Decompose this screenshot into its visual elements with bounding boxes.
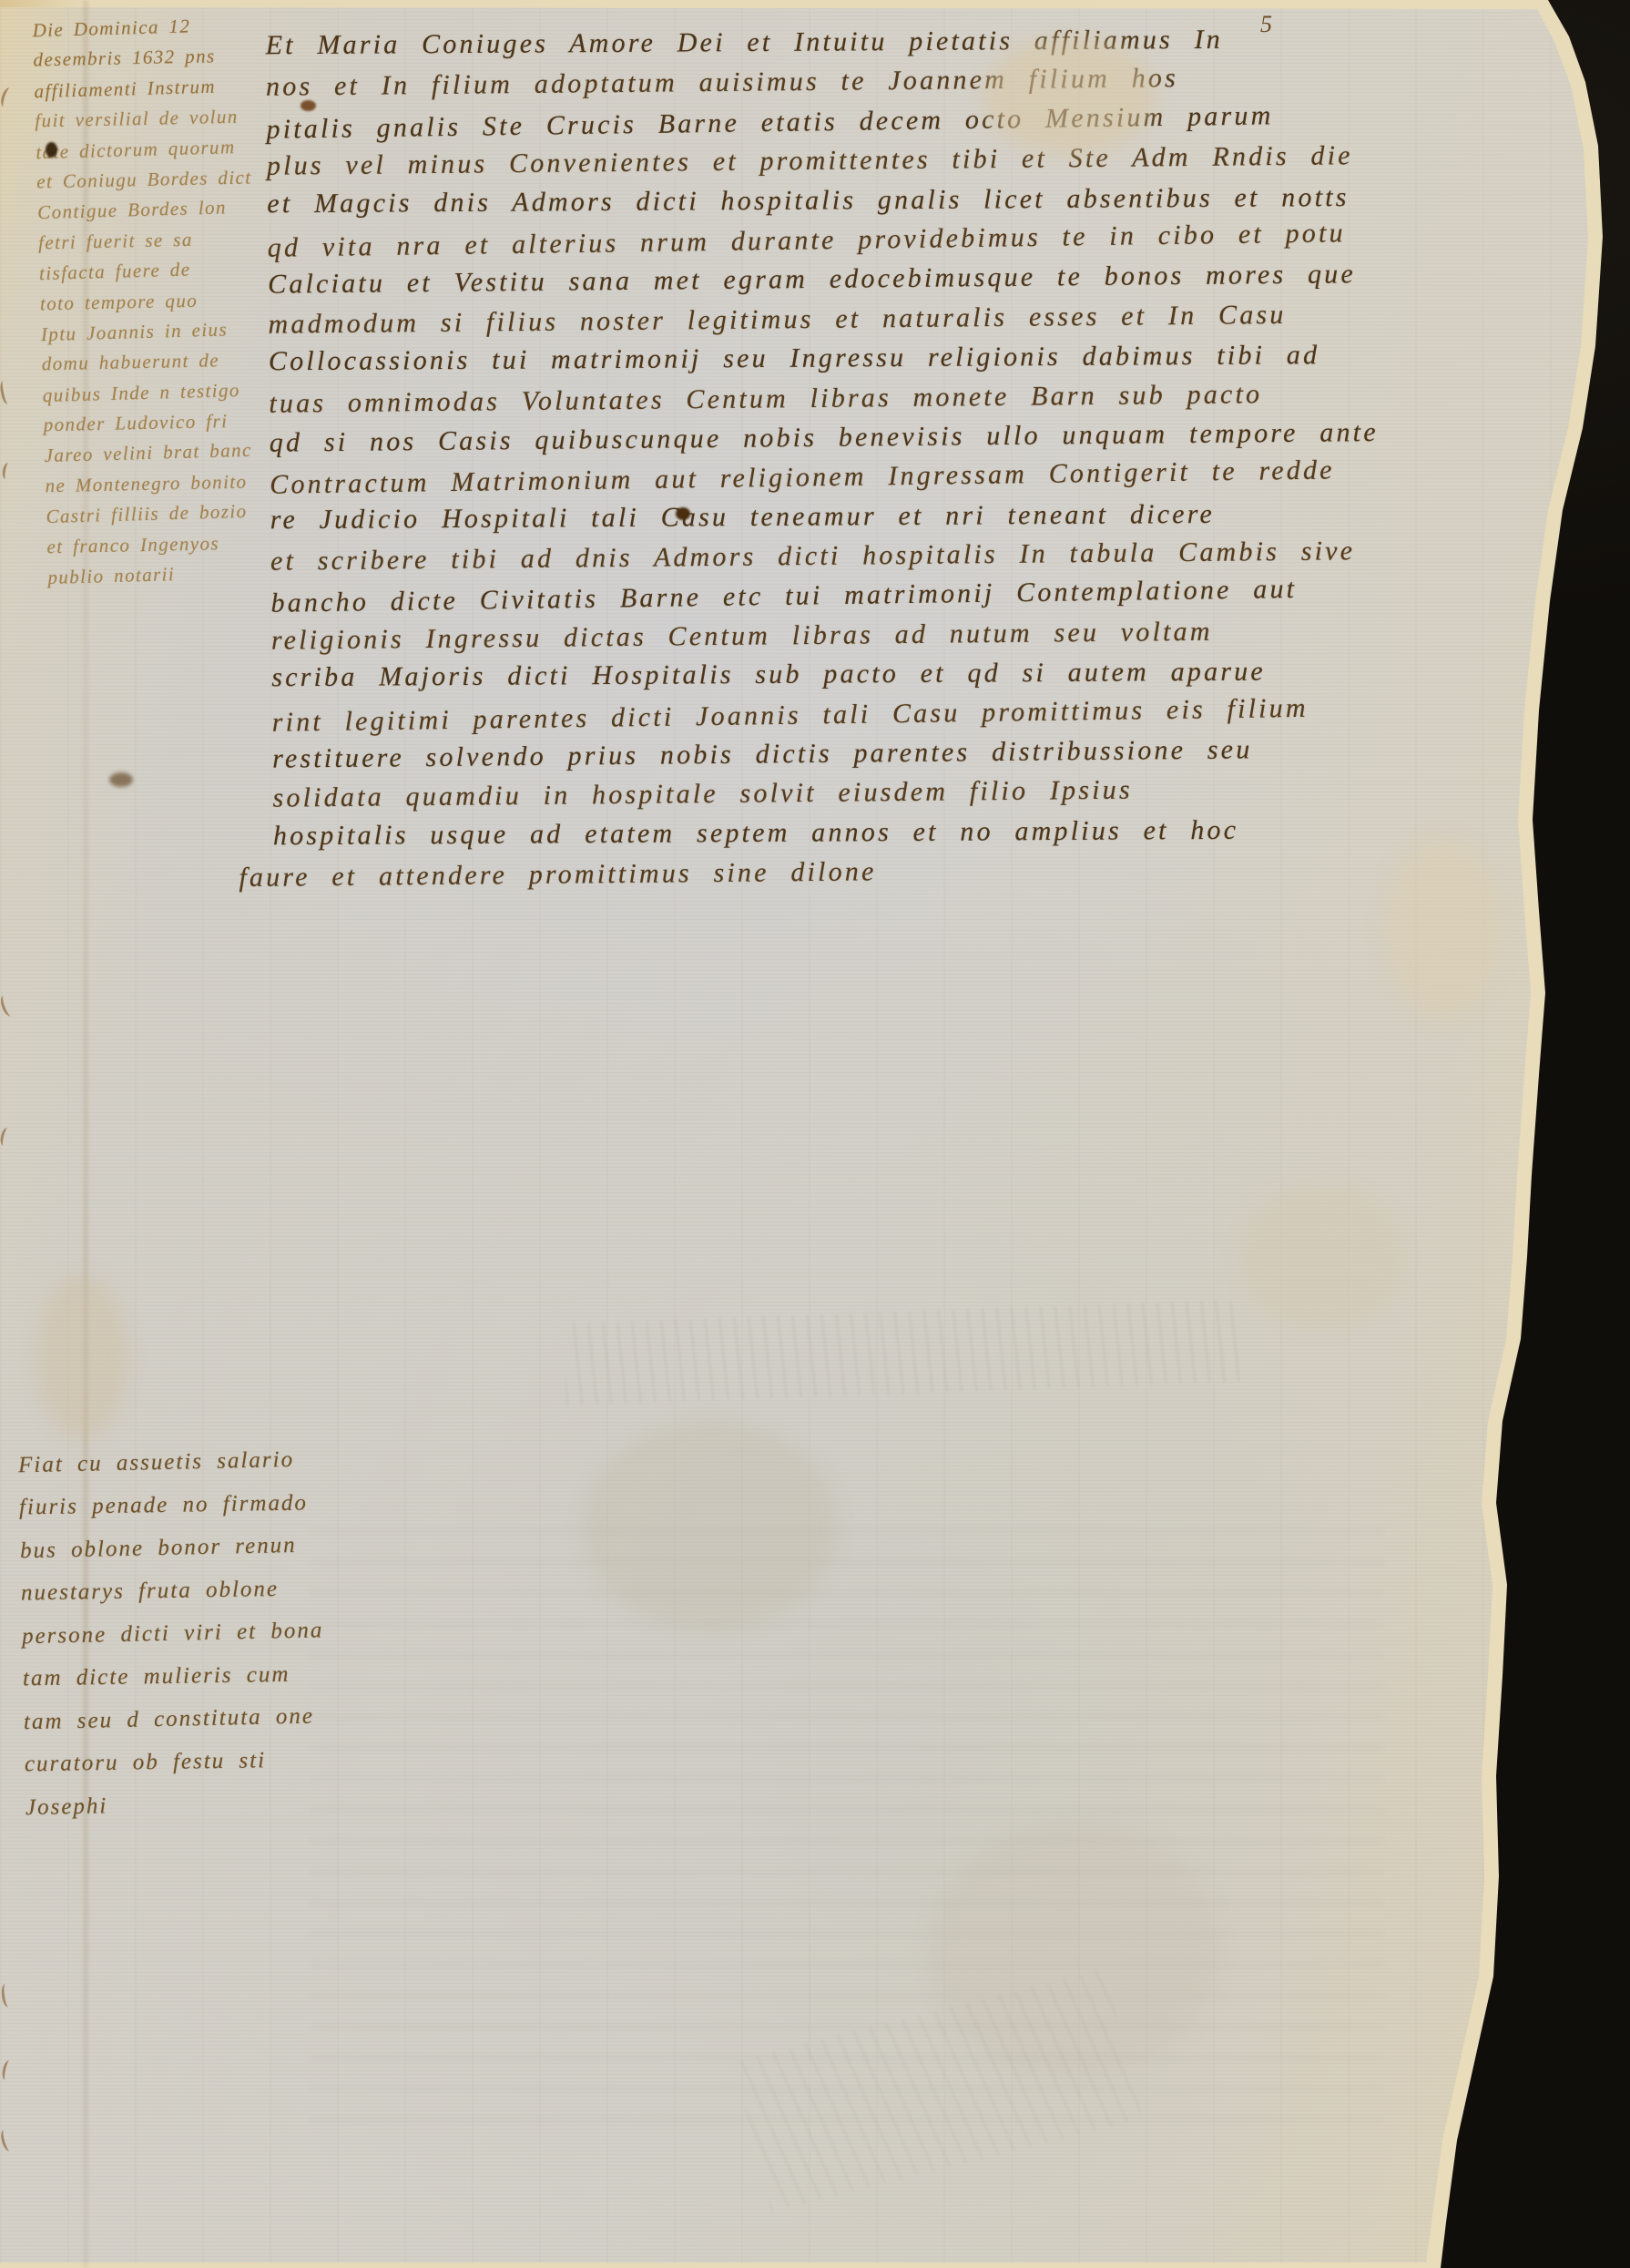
margin-note-line: ponder Ludovico fri [43,406,248,441]
margin-note-line: Fiat cu assuetis salario [18,1438,301,1486]
manuscript-page: 5 Die Dominica 12 desembris 1632 pns aff… [0,0,1630,2268]
margin-note-line: et Coniugu Bordes dict [36,163,241,198]
margin-note-line: curatoru ob festu sti [25,1739,308,1786]
main-text-line: re Judicio Hospitali tali Casu teneamur … [270,492,1541,539]
margin-note-line: toto tempore quo [40,284,245,319]
margin-note-line: quibus Inde n testigo [42,375,247,412]
margin-note-line: fetri fuerit se sa [38,223,243,258]
margin-note-line: ne Montenegro bonito [45,466,250,501]
margin-note-line: tam dicte mulieris cum [23,1653,306,1701]
margin-note-line: domu habuerunt de [42,345,247,380]
main-text-block: Et Maria Coniuges Amore Dei et Intuitu p… [265,15,1543,897]
ink-blot [109,772,133,787]
margin-note-line: fuit versilial de volun [35,102,239,137]
margin-note-line: bus oblone bonor renun [20,1524,303,1572]
margin-note-line: nuestarys fruta oblone [21,1568,304,1615]
margin-note-line: Jareo velini brat banc [44,435,249,472]
ink-blot [46,142,57,158]
photo-backdrop: 5 Die Dominica 12 desembris 1632 pns aff… [0,0,1630,2268]
margin-note-line: tam seu d constituta one [24,1695,307,1743]
margin-notes-bottom: Fiat cu assuetis salario fiuris penade n… [18,1438,309,1829]
main-text-line: Collocassionis tui matrimonij seu Ingres… [269,334,1539,382]
show-through [310,1503,1384,2122]
margin-note-line: et franco Ingenyos [46,527,251,562]
main-text-line: Et Maria Coniuges Amore Dei et Intuitu p… [266,18,1536,66]
margin-notes-top: Die Dominica 12 desembris 1632 pns affil… [32,10,252,593]
margin-note-line: Josephi [25,1781,308,1829]
paper-stain [36,1275,127,1439]
paper-stain [1384,838,1503,1020]
margin-note-line: publio notarii [47,557,252,594]
margin-note-line: desembris 1632 pns [33,41,238,76]
margin-note-line: Castri filliis de bozio [46,496,250,533]
margin-note-line: fiuris penade no firmado [19,1482,302,1529]
main-text-line: hospitalis usque ad etatem septem annos … [273,809,1543,856]
margin-note-line: Contigue Bordes lon [37,192,242,229]
margin-note-line: tisfacta fuere de [39,253,244,290]
ink-blot [301,100,316,111]
paper-stain [1238,1184,1402,1330]
margin-note-line: persone dicti viri et bona [22,1609,305,1658]
margin-note-line: tate dictorum quorum [36,132,240,169]
paper-stain [983,36,1156,155]
ink-blot [676,507,690,520]
